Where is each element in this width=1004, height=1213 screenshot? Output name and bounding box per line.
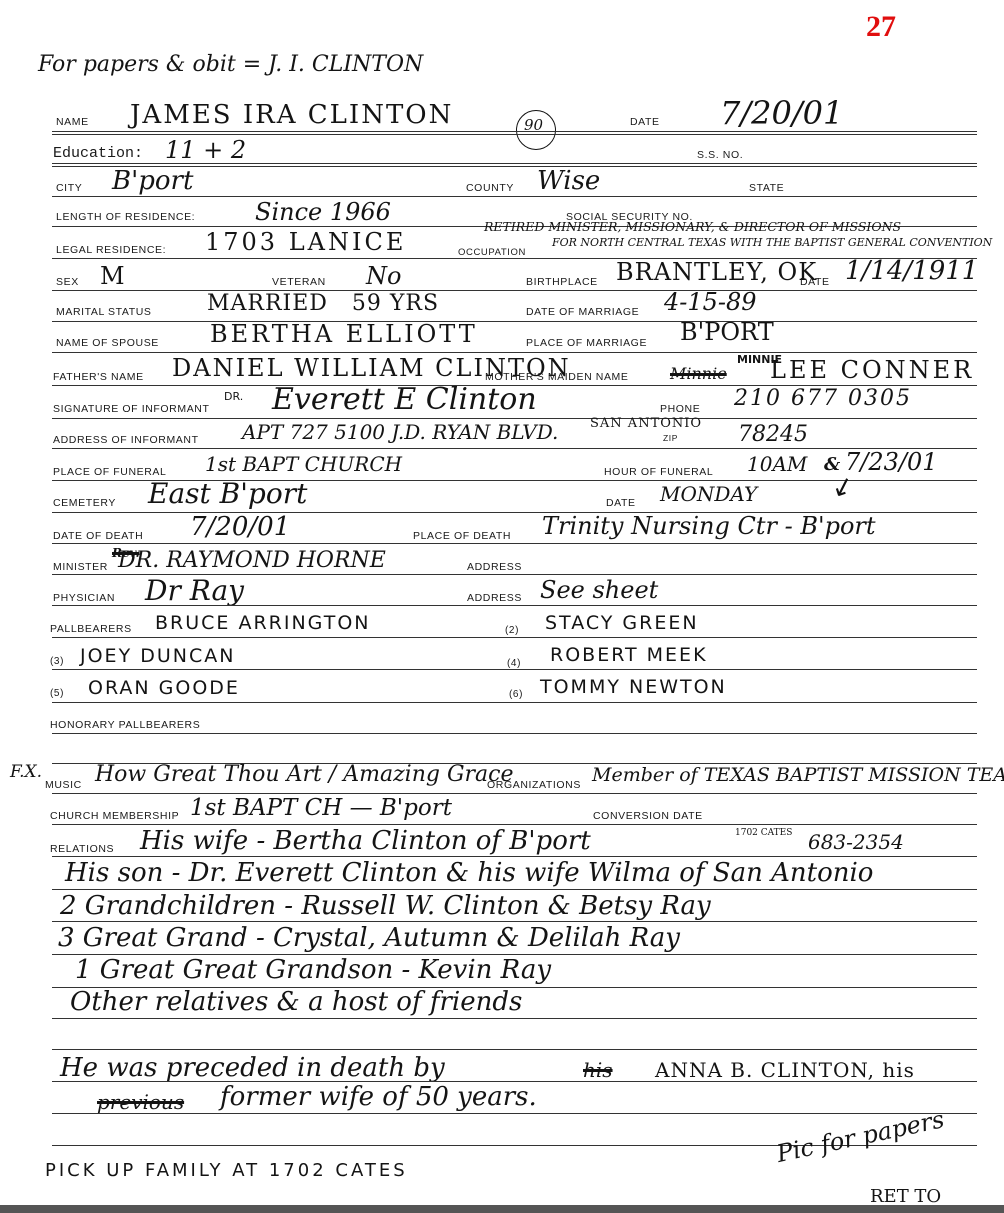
minister-address-label: Address (467, 561, 522, 573)
church-membership-value: 1st BAPT CH — B'port (190, 795, 452, 821)
date-of-marriage-value: 4-15-89 (664, 288, 757, 316)
rule-informant (52, 418, 977, 419)
occupation-line2: FOR NORTH CENTRAL TEXAS WITH THE BAPTIST… (552, 236, 992, 249)
conversion-date-label: Conversion Date (593, 810, 703, 822)
pallbearer-2-number: (2) (505, 625, 519, 636)
birth-date-label: Date (800, 276, 830, 288)
organizations-value: Member of TEXAS BAPTIST MISSION TEAM (592, 764, 1004, 786)
pallbearer-6: TOMMY NEWTON (540, 676, 727, 698)
date-label: Date (630, 116, 660, 128)
rule-city (52, 196, 977, 197)
physician-address-value: See sheet (540, 576, 658, 604)
marital-status-label: Marital Status (56, 306, 152, 318)
cemetery-label: Cemetery (53, 497, 116, 509)
legal-residence-value: 1703 LANICE (205, 228, 406, 256)
mothers-name-struck: Minnie (670, 364, 727, 383)
pallbearer-3-number: (3) (50, 656, 64, 667)
phone-value: 210 677 0305 (734, 386, 912, 411)
rule-relations-6 (52, 1018, 977, 1019)
hour-of-funeral-label: Hour of Funeral (604, 466, 713, 478)
rule-pallbearers-1 (52, 637, 977, 638)
pickup-note: PICK UP FAMILY AT 1702 CATES (45, 1160, 408, 1181)
relation-1: His wife - Bertha Clinton of B'port (140, 826, 591, 856)
pallbearer-3: JOEY DUNCAN (80, 645, 235, 667)
legal-residence-label: Legal Residence: (56, 244, 166, 256)
preceded-struck-2: previous (97, 1090, 184, 1114)
veteran-label: Veteran (272, 276, 326, 288)
funeral-date-value: MONDAY (660, 482, 757, 506)
place-of-death-label: Place of Death (413, 530, 511, 542)
veteran-value: No (366, 262, 401, 290)
ss-no-label: S.S. No. (697, 149, 743, 161)
state-label: State (749, 182, 784, 194)
relation-2: His son - Dr. Everett Clinton & his wife… (65, 858, 873, 888)
page-number: 27 (866, 10, 896, 44)
page-bottom-edge (0, 1205, 1004, 1213)
date-of-death-value: 7/20/01 (190, 512, 290, 542)
minister-label: Minister (53, 561, 108, 573)
relations-phone-note: 1702 CATES (735, 828, 792, 838)
organizations-label: Organizations (487, 779, 581, 791)
length-of-residence-value: Since 1966 (255, 198, 391, 226)
sex-label: Sex (56, 276, 79, 288)
relations-phone: 683-2354 (808, 830, 904, 854)
rule-death (52, 543, 977, 544)
name-value: JAMES IRA CLINTON (130, 100, 453, 130)
occupation-label: Occupation (458, 247, 526, 258)
music-value: How Great Thou Art / Amazing Grace (95, 762, 514, 787)
spouse-value: BERTHA ELLIOTT (210, 320, 478, 348)
rule-preceded-2 (52, 1113, 977, 1114)
fathers-name-label: Father's Name (53, 371, 144, 383)
city-value: B'port (112, 166, 193, 196)
pallbearer-4-number: (4) (507, 658, 521, 669)
date-of-marriage-label: Date of Marriage (526, 306, 639, 318)
relations-label: Relations (50, 843, 114, 855)
rule-legal-residence (52, 258, 977, 259)
zip-label: Zip (663, 433, 678, 443)
phone-label: Phone (660, 403, 700, 415)
date-value: 7/20/01 (720, 94, 843, 132)
relation-4: 3 Great Grand - Crystal, Autumn & Delila… (58, 923, 680, 953)
informant-address-value: APT 727 5100 J.D. RYAN BLVD. (242, 420, 558, 444)
birthplace-value: BRANTLEY, OK (616, 258, 817, 286)
preceded-struck-1: his (583, 1058, 613, 1082)
funeral-date-note: 7/23/01 (845, 448, 938, 476)
preceded-text-1: He was preceded in death by (60, 1053, 445, 1083)
rule-pallbearers-3 (52, 702, 977, 703)
place-of-marriage-label: Place of Marriage (526, 337, 647, 349)
music-label: Music (45, 779, 82, 791)
rule-spouse (52, 352, 977, 353)
rule-sex (52, 290, 977, 291)
obituary-form-page: 27 For papers & obit = J. I. CLINTON Nam… (0, 0, 1004, 1213)
marital-status-value: MARRIED 59 YRS (207, 291, 439, 316)
place-of-marriage-value: B'PORT (680, 318, 774, 346)
pic-for-papers-note: Pic for papers (774, 1105, 946, 1168)
rule-pallbearers-2 (52, 669, 977, 670)
pallbearers-label: Pallbearers (50, 623, 132, 635)
rule-relations-3 (52, 921, 977, 922)
preceded-text-2: former wife of 50 years. (220, 1082, 537, 1112)
date-of-death-label: Date of Death (53, 530, 143, 542)
physician-value: Dr Ray (145, 574, 244, 607)
zip-value: 78245 (738, 422, 808, 447)
physician-address-label: Address (467, 592, 522, 604)
pallbearer-2: STACY GREEN (545, 612, 699, 634)
rule-name (52, 131, 977, 132)
header-note: For papers & obit = J. I. CLINTON (38, 52, 423, 77)
city-label: City (56, 182, 82, 194)
relation-6: Other relatives & a host of friends (70, 987, 522, 1017)
mothers-maiden-name-value: LEE CONNER (770, 356, 974, 384)
funeral-date-label: Date (606, 497, 636, 509)
name-label: Name (56, 116, 89, 128)
rule-honorary (52, 733, 977, 734)
music-margin-note: F.X. (10, 762, 42, 782)
relation-5: 1 Great Great Grandson - Kevin Ray (75, 955, 551, 985)
sex-value: M (100, 262, 125, 290)
birth-date-value: 1/14/1911 (845, 256, 978, 286)
hour-of-funeral-value: 10AM (747, 452, 807, 476)
rule-physician (52, 605, 977, 606)
physician-label: Physician (53, 592, 115, 604)
education-value: 11 + 2 (165, 136, 246, 164)
church-membership-label: Church Membership (50, 810, 179, 822)
county-value: Wise (537, 166, 600, 196)
occupation-line1: RETIRED MINISTER, MISSIONARY, & DIRECTOR… (484, 219, 901, 234)
preceded-text-1b: ANNA B. CLINTON, his (655, 1058, 915, 1082)
pallbearer-5: ORAN GOODE (88, 677, 240, 699)
pallbearer-4: ROBERT MEEK (550, 644, 708, 666)
county-label: County (466, 182, 514, 194)
informant-prefix: DR. (224, 390, 243, 403)
place-of-death-value: Trinity Nursing Ctr - B'port (542, 512, 876, 540)
informant-signature: Everett E Clinton (272, 382, 537, 417)
pallbearer-5-number: (5) (50, 688, 64, 699)
informant-label: Signature of Informant (53, 403, 210, 415)
rule-informant-address (52, 448, 977, 449)
rule-relations-1 (52, 856, 977, 857)
education-label: Education: (53, 145, 143, 162)
informant-city: SAN ANTONIO (590, 416, 702, 431)
rule-relations-2 (52, 889, 977, 890)
cemetery-value: East B'port (148, 477, 307, 510)
informant-address-label: Address of Informant (53, 434, 199, 446)
honorary-pallbearers-label: Honorary Pallbearers (50, 719, 200, 731)
minister-value: DR. RAYMOND HORNE (118, 548, 386, 573)
place-of-funeral-value: 1st BAPT CHURCH (205, 452, 402, 476)
pallbearer-6-number: (6) (509, 689, 523, 700)
rule-church (52, 824, 977, 825)
rule-marital (52, 321, 977, 322)
rule-education (52, 163, 977, 164)
rule-music (52, 793, 977, 794)
return-to-note: RET TO (870, 1186, 941, 1207)
birthplace-label: Birthplace (526, 276, 598, 288)
pallbearer-1: BRUCE ARRINGTON (155, 612, 371, 634)
relation-3: 2 Grandchildren - Russell W. Clinton & B… (60, 891, 711, 921)
spouse-label: Name of Spouse (56, 337, 159, 349)
length-of-residence-label: Length of Residence: (56, 211, 195, 223)
rule-relations-7 (52, 1049, 977, 1050)
